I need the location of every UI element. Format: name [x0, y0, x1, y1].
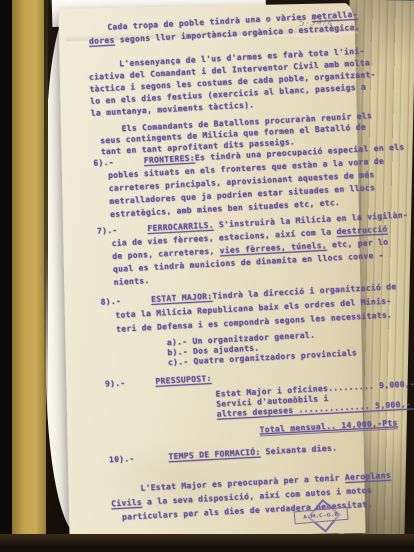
section-number: 10).- [109, 454, 135, 464]
section-10-heading-line: 10).-TEMPS DE FORMACIÓ: Seixanta dies. [109, 443, 338, 465]
section-heading: ESTAT MAJOR: [151, 292, 213, 304]
section-number: 8).- [100, 297, 121, 307]
typed-text-layer: Cada tropa de poble tindrà una o vàries … [86, 6, 412, 533]
section-heading: PRESSUPOST: [155, 374, 212, 386]
table-shadow-bottom [0, 534, 414, 552]
section-heading: FERROCARRILS. [147, 221, 214, 233]
section-heading: FRONTERES: [144, 153, 196, 165]
book-cover-edge [12, 0, 46, 545]
section-number: 7).- [97, 226, 118, 236]
typed-line: nients. [99, 276, 149, 289]
section-number: 6).- [93, 158, 114, 168]
binding-seam [44, 0, 48, 420]
archive-photo: 5-34/2 Cada tropa de poble tindrà una o … [0, 0, 414, 552]
stamp-band: A.M.C-G.B [294, 507, 349, 525]
section-heading: TEMPS DE FORMACIÓ: [168, 447, 260, 461]
section-9-heading-line: 9).-PRESSUPOST: [105, 374, 212, 390]
rubber-stamp: A.M.C-G.B [293, 499, 351, 532]
section-number: 9).- [105, 378, 126, 388]
